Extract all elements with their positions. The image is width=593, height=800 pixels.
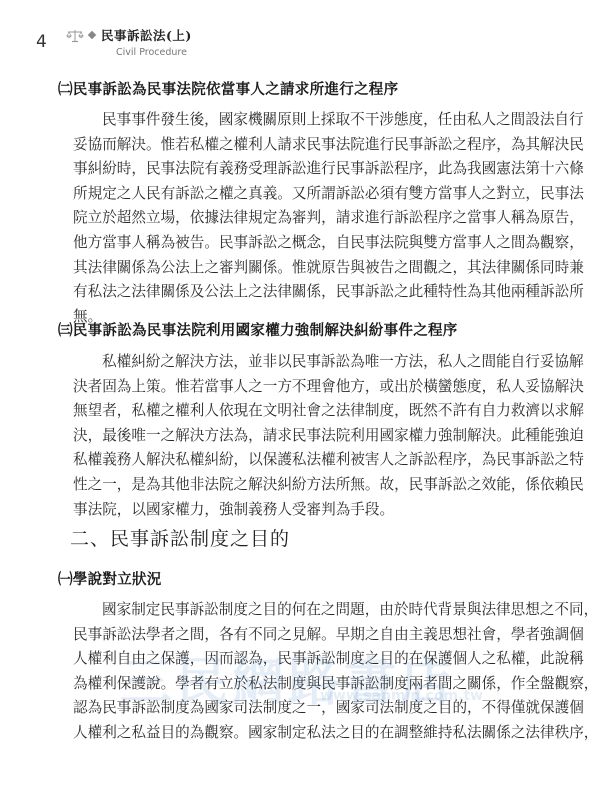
text-line: 國家制定民事訴訟制度之目的何在之問題，由於時代背景與法律思想之不同， — [73, 598, 541, 623]
text-line: 私權糾紛之解決方法，並非以民事訴訟為唯一方法，私人之間能自行妥協解 — [73, 350, 541, 375]
subheading: ㈡民事訴訟為民事法院依當事人之請求所進行之程序 — [58, 78, 398, 99]
text-line: 所規定之人民有訴訟之權之真義。又所謂訴訟必須有雙方當事人之對立，民事法 — [73, 182, 541, 207]
text-line: 私權義務人解決私權糾紛，以保護私法權利被害人之訴訟程序，為民事訴訟之特 — [73, 448, 541, 473]
paragraph: 國家制定民事訴訟制度之目的何在之問題，由於時代背景與法律思想之不同， 民事訴訟法… — [73, 598, 541, 746]
text-line: 認為民事訴訟制度為國家司法制度之一，國家司法制度之目的，不得僅就保護個 — [73, 696, 541, 721]
text-line: 事法院，以國家權力，強制義務人受審判為手段。 — [73, 498, 541, 523]
running-head: 民事訴訟法(上) Civil Procedure — [66, 26, 192, 58]
text-line: 院立於超然立場，依據法律規定為審判，請求進行訴訟程序之當事人稱為原告， — [73, 206, 541, 231]
text-line: 人權利自由之保護，因而認為，民事訴訟制度之目的在保護個人之私權，此說稱 — [73, 647, 541, 672]
paragraph: 民事事件發生後，國家機關原則上採取不干涉態度，任由私人之間設法自行 妥協而解決。… — [73, 108, 541, 329]
page-number: 4 — [36, 32, 47, 52]
text-line: 民事事件發生後，國家機關原則上採取不干涉態度，任由私人之間設法自行 — [73, 108, 541, 133]
text-line: 民事訴訟法學者之間，各有不同之見解。早期之自由主義思想社會，學者強調個 — [73, 623, 541, 648]
text-line: 其法律關係為公法上之審判關係。惟就原告與被告之間觀之，其法律關係同時兼 — [73, 256, 541, 281]
scales-of-justice-icon — [66, 28, 84, 42]
text-line: 事糾紛時，民事法院有義務受理訴訟進行民事訴訟程序，此為我國憲法第十六條 — [73, 157, 541, 182]
text-line: 有私法之法律關係及公法上之法律關係，民事訴訟之此種特性為其他兩種訴訟所 — [73, 280, 541, 305]
paragraph: 私權糾紛之解決方法，並非以民事訴訟為唯一方法，私人之間能自行妥協解 決者固為上策… — [73, 350, 541, 522]
text-line: 妥協而解決。惟若私權之權利人請求民事法院進行民事訴訟之程序，為其解決民 — [73, 133, 541, 158]
diamond-bullet-icon — [88, 31, 96, 39]
text-line: 他方當事人稱為被告。民事訴訟之概念，自民事法院與雙方當事人之間為觀察， — [73, 231, 541, 256]
subheading: ㈠學說對立狀況 — [58, 568, 162, 589]
text-line: 無望者，私權之權利人依現在文明社會之法律制度，既然不許有自力救濟以求解 — [73, 399, 541, 424]
subheading: ㈢民事訴訟為民事法院利用國家權力強制解決糾紛事件之程序 — [58, 319, 458, 340]
text-line: 為權利保護說。學者有立於私法制度與民事訴訟制度兩者間之關係，作全盤觀察， — [73, 672, 541, 697]
text-line: 人權利之私益目的為觀察。國家制定私法之目的在調整維持私法關係之法律秩序， — [73, 721, 541, 746]
book-title: 民事訴訟法(上) — [101, 26, 192, 44]
text-line: 決，最後唯一之解決方法為，請求民事法院利用國家權力強制解決。此種能強迫 — [73, 424, 541, 449]
book-subtitle: Civil Procedure — [116, 47, 192, 58]
text-line: 決者固為上策。惟若當事人之一方不理會他方，或出於橫蠻態度，私人妥協解決 — [73, 375, 541, 400]
text-line: 性之一，是為其他非法院之解決糾紛方法所無。故，民事訴訟之效能，係依賴民 — [73, 473, 541, 498]
section-heading: 二、民事訴訟制度之目的 — [70, 524, 290, 551]
